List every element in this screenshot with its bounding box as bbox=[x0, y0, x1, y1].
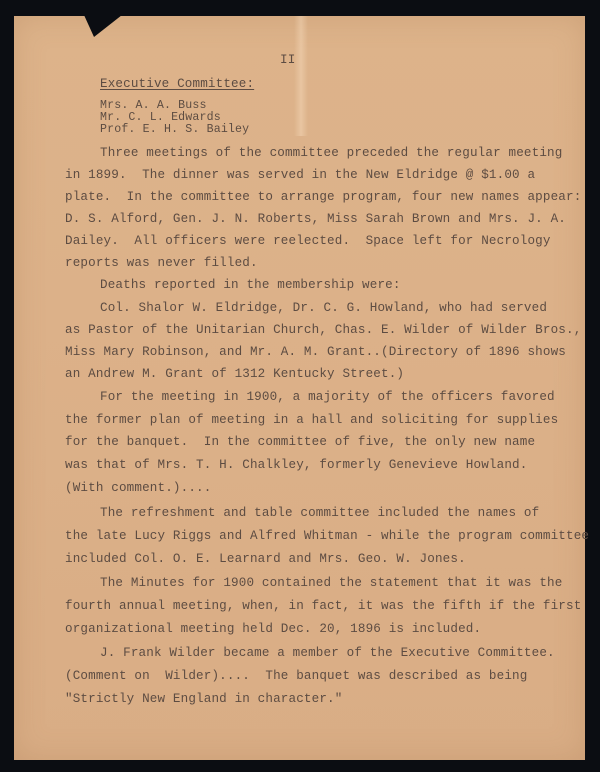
body-line: The refreshment and table committee incl… bbox=[100, 506, 539, 520]
body-line: D. S. Alford, Gen. J. N. Roberts, Miss S… bbox=[65, 212, 566, 226]
body-line: J. Frank Wilder became a member of the E… bbox=[100, 646, 555, 660]
body-line: the late Lucy Riggs and Alfred Whitman -… bbox=[65, 529, 589, 543]
section-heading: Executive Committee: bbox=[100, 77, 254, 91]
body-line: in 1899. The dinner was served in the Ne… bbox=[65, 168, 535, 182]
body-line: The Minutes for 1900 contained the state… bbox=[100, 576, 562, 590]
body-line: For the meeting in 1900, a majority of t… bbox=[100, 390, 555, 404]
page-number: II bbox=[280, 53, 295, 67]
body-line: Col. Shalor W. Eldridge, Dr. C. G. Howla… bbox=[100, 301, 547, 315]
body-line: organizational meeting held Dec. 20, 189… bbox=[65, 622, 481, 636]
body-line: Three meetings of the committee preceded… bbox=[100, 146, 562, 160]
body-line: "Strictly New England in character." bbox=[65, 692, 342, 706]
body-line: as Pastor of the Unitarian Church, Chas.… bbox=[65, 323, 581, 337]
body-line: an Andrew M. Grant of 1312 Kentucky Stre… bbox=[65, 367, 404, 381]
torn-edge bbox=[84, 15, 122, 37]
body-line: Dailey. All officers were reelected. Spa… bbox=[65, 234, 551, 248]
body-line: the former plan of meeting in a hall and… bbox=[65, 413, 558, 427]
body-line: plate. In the committee to arrange progr… bbox=[65, 190, 581, 204]
body-line: Miss Mary Robinson, and Mr. A. M. Grant.… bbox=[65, 345, 566, 359]
body-line: (With comment.).... bbox=[65, 481, 211, 495]
body-line: fourth annual meeting, when, in fact, it… bbox=[65, 599, 581, 613]
body-line: included Col. O. E. Learnard and Mrs. Ge… bbox=[65, 552, 466, 566]
body-line: for the banquet. In the committee of fiv… bbox=[65, 435, 535, 449]
paper-crease bbox=[294, 16, 308, 136]
committee-member: Prof. E. H. S. Bailey bbox=[100, 124, 249, 136]
body-line: reports was never filled. bbox=[65, 256, 258, 270]
body-line: (Comment on Wilder).... The banquet was … bbox=[65, 669, 527, 683]
document-page: II Executive Committee: Mrs. A. A. Buss … bbox=[14, 16, 585, 760]
body-line: was that of Mrs. T. H. Chalkley, formerl… bbox=[65, 458, 527, 472]
body-line: Deaths reported in the membership were: bbox=[100, 278, 401, 292]
